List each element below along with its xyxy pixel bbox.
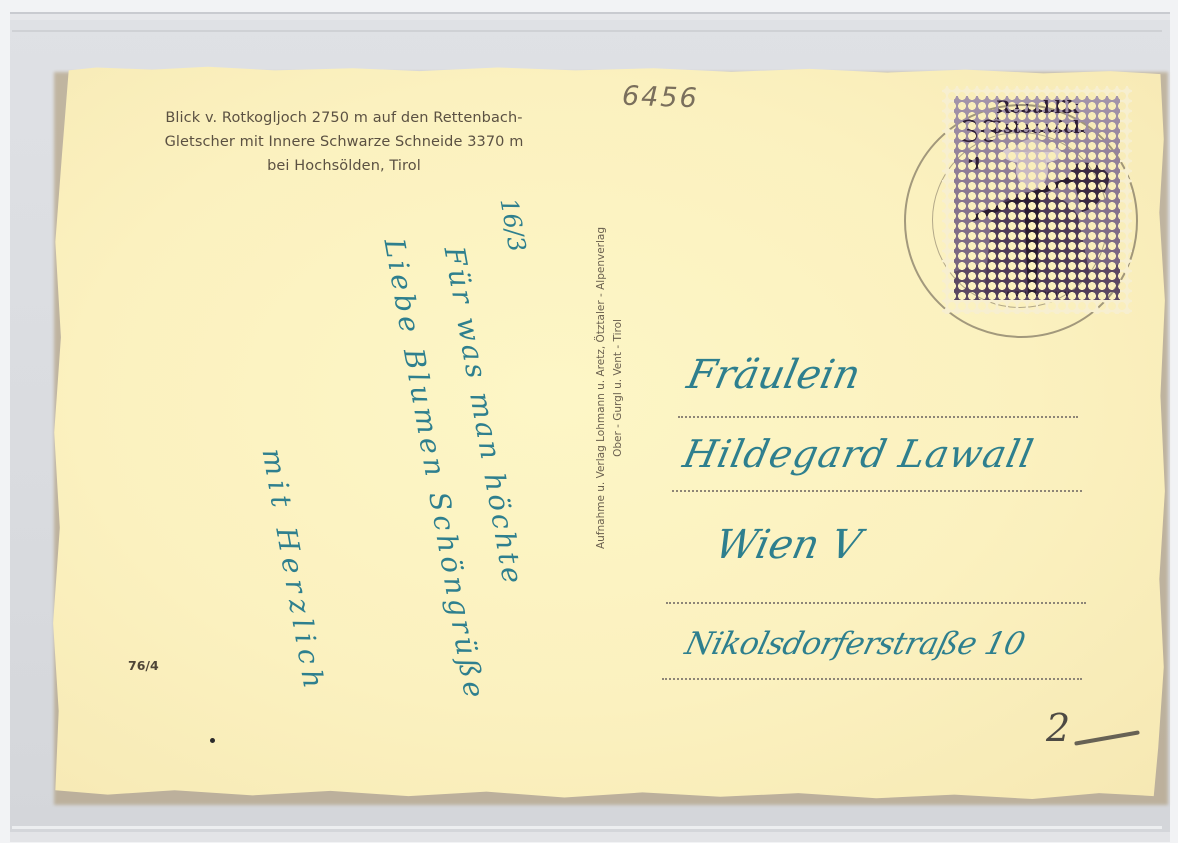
address-name: Hildegard Lawall <box>679 432 1038 476</box>
pencil-dash <box>1074 730 1140 745</box>
caption-line: bei Hochsölden, Tirol <box>124 154 564 178</box>
publisher-imprint: Aufnahme u. Verlag Lohmann u. Aretz, Ötz… <box>580 178 640 598</box>
sleeve-edge-bottom <box>12 826 1162 829</box>
ink-dot <box>210 738 215 743</box>
address-street: Nikolsdorferstraße 10 <box>682 626 1029 662</box>
photo-caption: Blick v. Rotkogljoch 2750 m auf den Rett… <box>124 106 564 178</box>
message-signature: mit Herzlich <box>256 446 332 696</box>
postcard-back: Blick v. Rotkogljoch 2750 m auf den Rett… <box>52 66 1166 799</box>
address-line-2 <box>672 490 1082 492</box>
address-salutation: Fräulein <box>683 352 864 398</box>
stamp-unit: g <box>968 150 981 171</box>
address-city: Wien V <box>711 522 865 568</box>
message-date: 16/3 <box>494 196 531 254</box>
archive-number: 6456 <box>621 81 699 115</box>
stamp-caption: SALZBURG PONGAU <box>954 291 1120 298</box>
caption-line: Blick v. Rotkogljoch 2750 m auf den Rett… <box>124 106 564 130</box>
publisher-line: Ober - Gurgl u. Vent - Tirol <box>610 178 627 598</box>
address-line-4 <box>662 678 1082 680</box>
serial-number: 76/4 <box>128 658 159 673</box>
publisher-line: Aufnahme u. Verlag Lohmann u. Aretz, Ötz… <box>593 178 610 598</box>
stamp-value: 30 <box>960 118 998 148</box>
caption-line: Gletscher mit Innere Schwarze Schneide 3… <box>124 130 564 154</box>
address-line-3 <box>666 602 1086 604</box>
sleeve-edge-top <box>12 30 1162 32</box>
pencil-note: 2 <box>1046 706 1070 750</box>
address-line-1 <box>678 416 1078 418</box>
postage-stamp: Republik Österreich 30 g SALZBURG PONGAU <box>942 86 1132 314</box>
stamp-image: Republik Österreich 30 g SALZBURG PONGAU <box>954 96 1120 300</box>
